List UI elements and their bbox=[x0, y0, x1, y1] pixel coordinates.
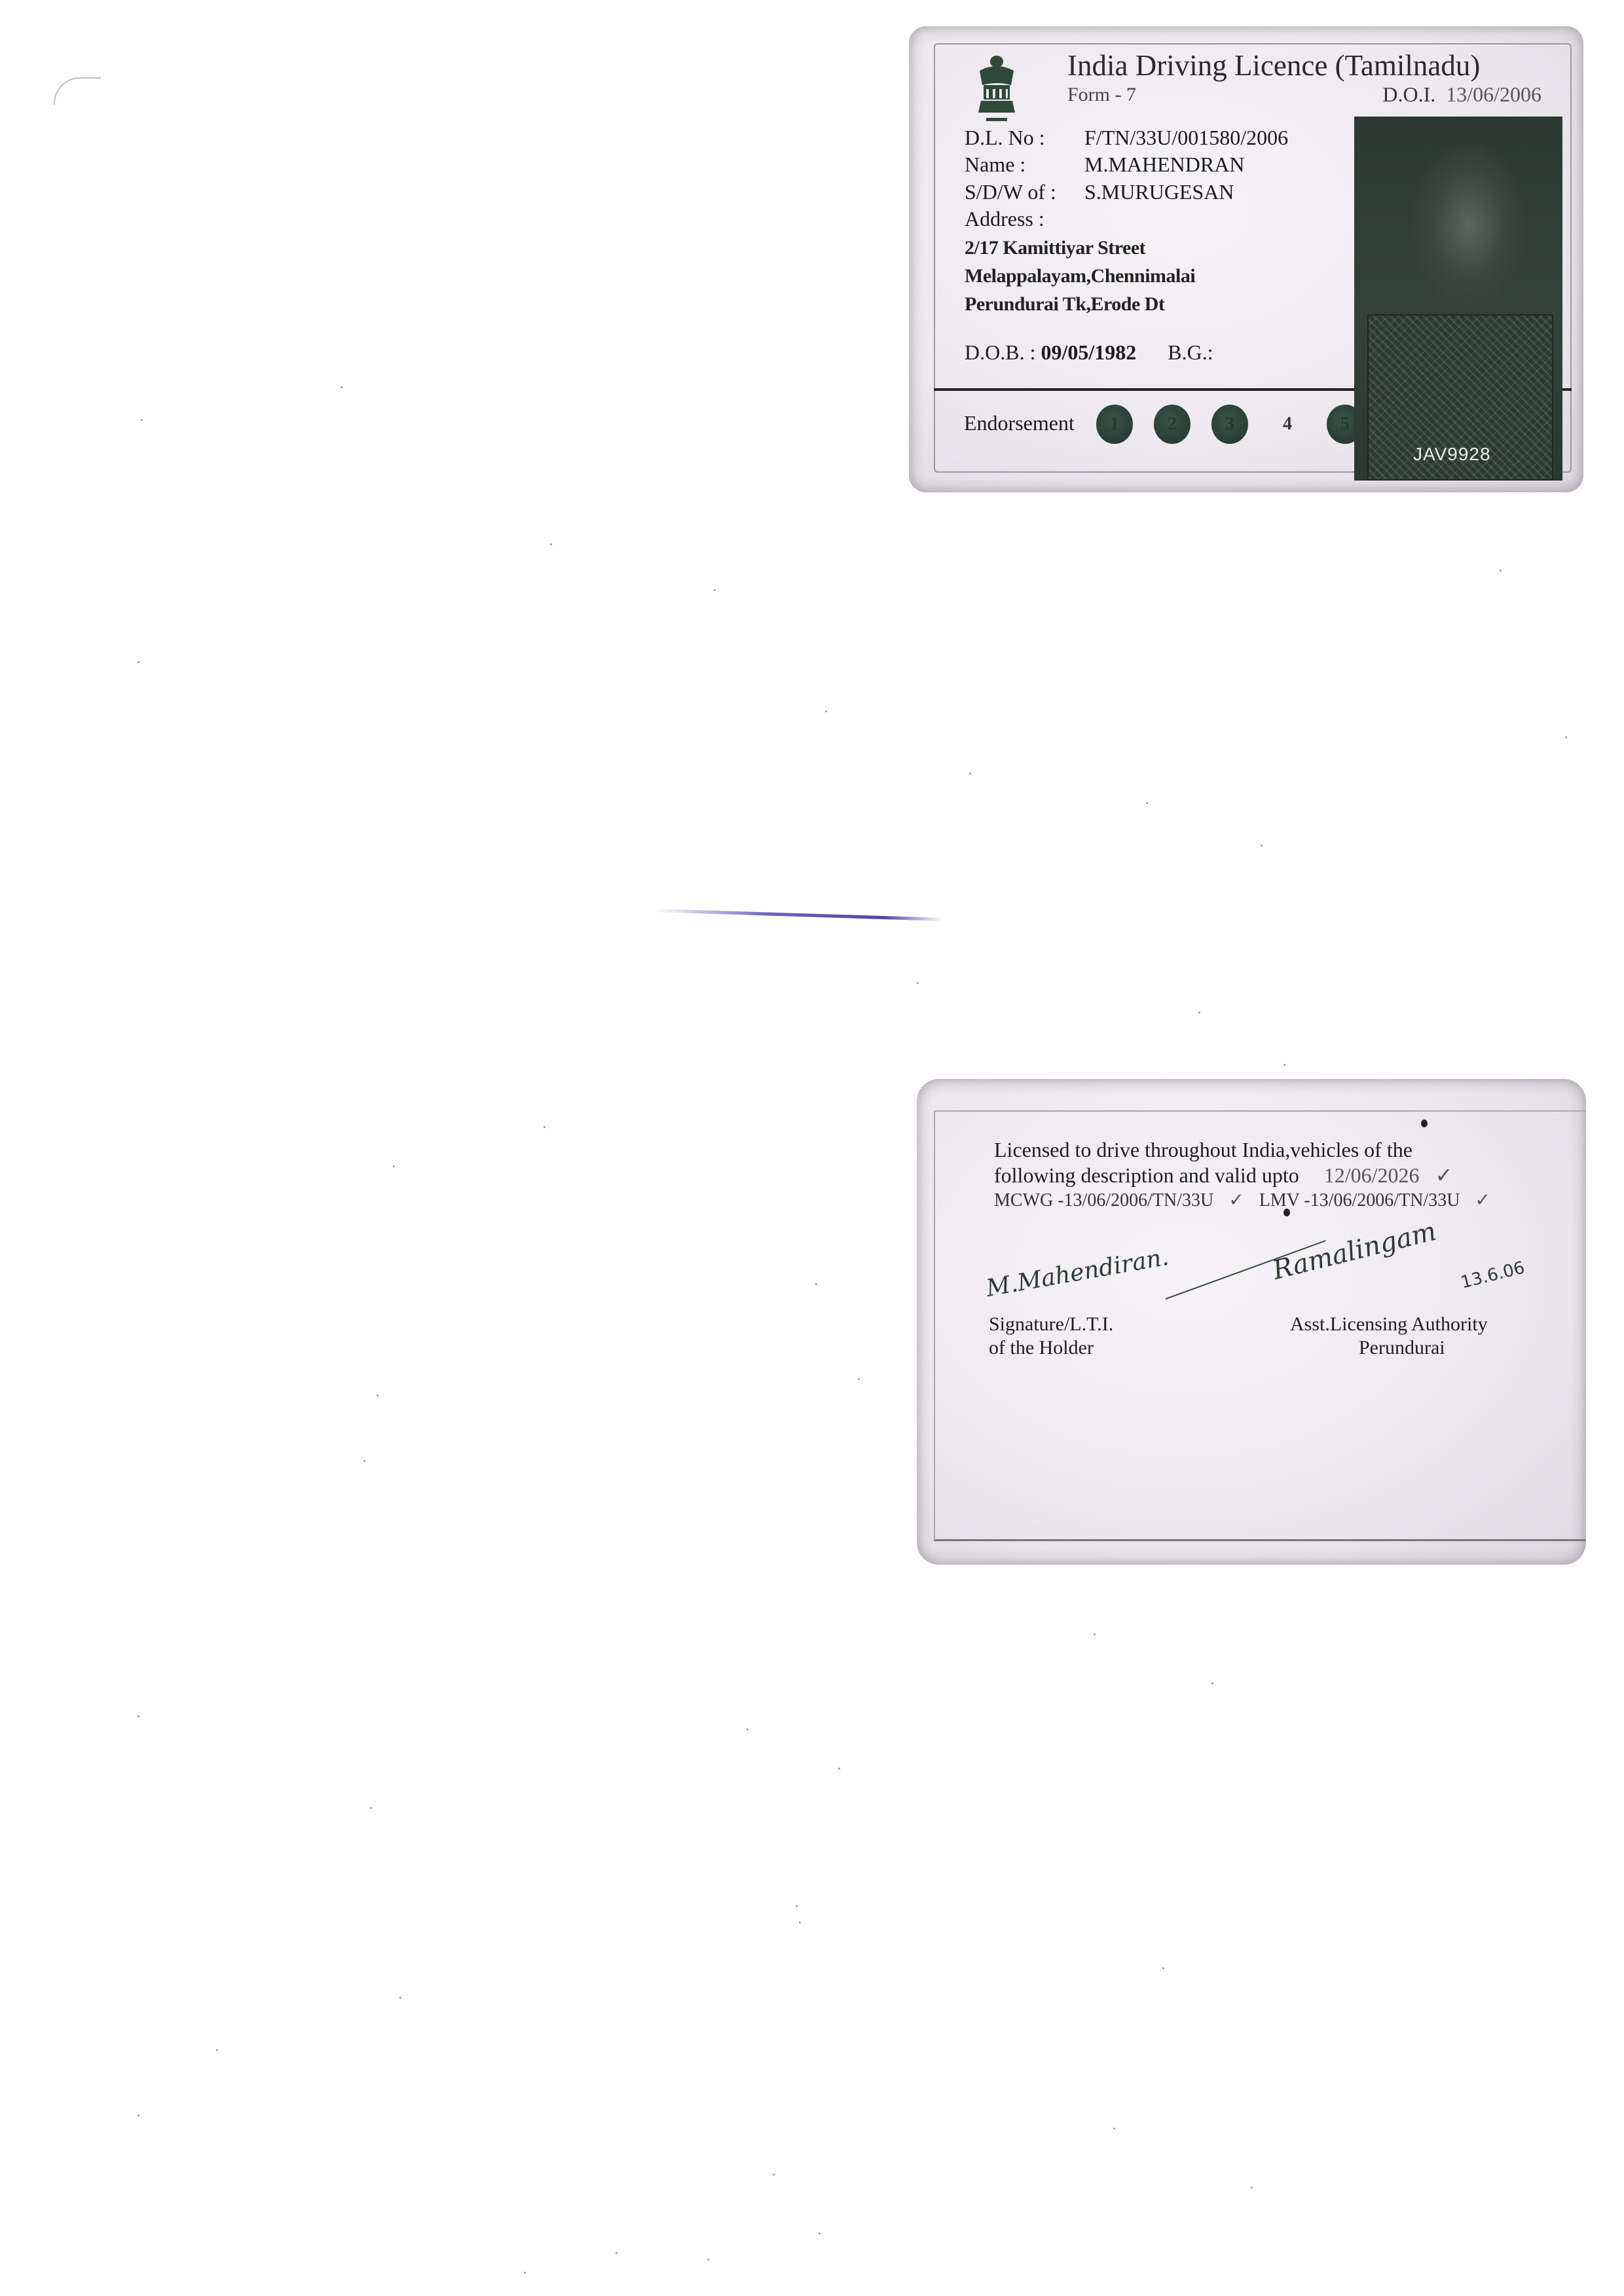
field-name: Name : M.MAHENDRAN bbox=[965, 153, 1244, 177]
licence-title: India Driving Licence (Tamilnadu) bbox=[1067, 48, 1480, 82]
speck bbox=[838, 1768, 840, 1770]
address-line-2: Melappalayam,Chennimalai bbox=[965, 265, 1195, 287]
date-of-issue: D.O.I. 13/06/2006 bbox=[1382, 82, 1541, 107]
dob-row: D.O.B. : 09/05/1982 B.G.: bbox=[965, 340, 1213, 365]
endorsement-slot: 4 bbox=[1269, 405, 1306, 444]
doi-value: 13/06/2006 bbox=[1446, 82, 1541, 106]
scan-artifact-corner bbox=[54, 77, 101, 105]
field-value: M.MAHENDRAN bbox=[1084, 153, 1244, 177]
speck bbox=[616, 2252, 618, 2254]
speck bbox=[1113, 2128, 1115, 2130]
speck bbox=[141, 419, 143, 421]
speck bbox=[815, 1283, 817, 1285]
field-value: F/TN/33U/001580/2006 bbox=[1084, 126, 1288, 150]
field-address: Address : bbox=[965, 207, 1084, 231]
class-detail: -13/06/2006/TN/33U bbox=[1058, 1190, 1213, 1211]
speck bbox=[341, 386, 342, 388]
vehicle-classes: MCWG -13/06/2006/TN/33U ✓ LMV -13/06/200… bbox=[994, 1189, 1501, 1211]
class-detail: -13/06/2006/TN/33U bbox=[1304, 1190, 1460, 1211]
doi-label: D.O.I. bbox=[1382, 82, 1435, 106]
speck bbox=[1500, 570, 1502, 572]
speck bbox=[370, 1807, 372, 1809]
speck bbox=[1162, 1967, 1164, 1969]
form-number: Form - 7 bbox=[1067, 84, 1136, 106]
pen-stroke-mark bbox=[655, 909, 943, 921]
tick-mark-icon: ✓ bbox=[1435, 1163, 1452, 1187]
speck bbox=[1261, 845, 1263, 847]
speck bbox=[969, 773, 971, 774]
endorsement-slot: 2 bbox=[1154, 405, 1190, 444]
dob-value: 09/05/1982 bbox=[1041, 340, 1136, 364]
speck bbox=[393, 1165, 395, 1167]
licence-scope-line-1: Licensed to drive throughout India,vehic… bbox=[994, 1138, 1412, 1162]
speck bbox=[773, 2174, 775, 2176]
speck bbox=[1251, 2187, 1253, 2189]
tick-mark-icon: ✓ bbox=[1475, 1190, 1490, 1211]
field-label: Address : bbox=[965, 207, 1079, 231]
speck bbox=[138, 2115, 139, 2117]
speck bbox=[550, 543, 552, 545]
speck bbox=[524, 2272, 526, 2274]
field-label: D.L. No : bbox=[965, 126, 1079, 150]
endorsement-label: Endorsement bbox=[964, 411, 1075, 435]
address-line-1: 2/17 Kamittiyar Street bbox=[965, 237, 1145, 259]
authority-label: Asst.Licensing Authority bbox=[1290, 1313, 1488, 1336]
stamp-code: JAV9928 bbox=[1413, 444, 1491, 465]
speck bbox=[858, 1378, 860, 1380]
speck bbox=[707, 2259, 709, 2261]
speck bbox=[917, 982, 919, 984]
speck bbox=[1198, 1011, 1200, 1013]
state-emblem-icon bbox=[973, 52, 1020, 126]
speck bbox=[747, 1728, 748, 1730]
speck bbox=[363, 1460, 365, 1462]
speck bbox=[799, 1922, 801, 1923]
blood-group-label: B.G.: bbox=[1168, 340, 1213, 364]
dob-label: D.O.B. : bbox=[965, 340, 1035, 364]
speck bbox=[1211, 1683, 1213, 1685]
licence-scope-line-2: following description and valid upto 12/… bbox=[994, 1163, 1463, 1188]
ink-dot bbox=[1421, 1120, 1428, 1127]
endorsement-slot: 1 bbox=[1096, 405, 1133, 444]
speck bbox=[138, 661, 139, 663]
class-code: LMV bbox=[1259, 1190, 1300, 1211]
speck bbox=[1146, 802, 1148, 804]
speck bbox=[796, 1905, 798, 1907]
speck bbox=[399, 1997, 401, 1999]
speck bbox=[377, 1394, 378, 1396]
field-dl-number: D.L. No : F/TN/33U/001580/2006 bbox=[965, 126, 1288, 150]
licence-front-card: India Driving Licence (Tamilnadu) Form -… bbox=[909, 26, 1583, 492]
speck bbox=[1565, 737, 1567, 738]
speck bbox=[1283, 1064, 1285, 1066]
holder-signature-label: Signature/L.T.I. bbox=[989, 1313, 1113, 1336]
valid-upto-date: 12/06/2026 bbox=[1324, 1163, 1420, 1187]
speck bbox=[825, 710, 827, 712]
holder-signature-label-2: of the Holder bbox=[989, 1337, 1094, 1359]
class-code: MCWG bbox=[994, 1190, 1053, 1211]
speck bbox=[714, 589, 716, 591]
licence-back-card: Licensed to drive throughout India,vehic… bbox=[917, 1079, 1586, 1565]
address-line-3: Perundurai Tk,Erode Dt bbox=[965, 293, 1164, 316]
endorsement-slot: 3 bbox=[1211, 405, 1248, 444]
speck bbox=[138, 1715, 139, 1717]
tick-mark-icon: ✓ bbox=[1228, 1190, 1244, 1211]
field-label: S/D/W of : bbox=[965, 180, 1079, 204]
validity-text: following description and valid upto bbox=[994, 1163, 1299, 1187]
speck bbox=[819, 2232, 821, 2234]
authority-office: Perundurai bbox=[1359, 1337, 1445, 1359]
speck bbox=[1094, 1633, 1096, 1635]
field-relation: S/D/W of : S.MURUGESAN bbox=[965, 180, 1234, 204]
speck bbox=[544, 1126, 545, 1128]
field-value: S.MURUGESAN bbox=[1084, 180, 1234, 204]
speck bbox=[216, 2049, 218, 2051]
endorsement-slots: 12345 bbox=[1096, 405, 1384, 444]
field-label: Name : bbox=[965, 153, 1079, 177]
holder-photo: JAV9928 bbox=[1354, 117, 1562, 481]
